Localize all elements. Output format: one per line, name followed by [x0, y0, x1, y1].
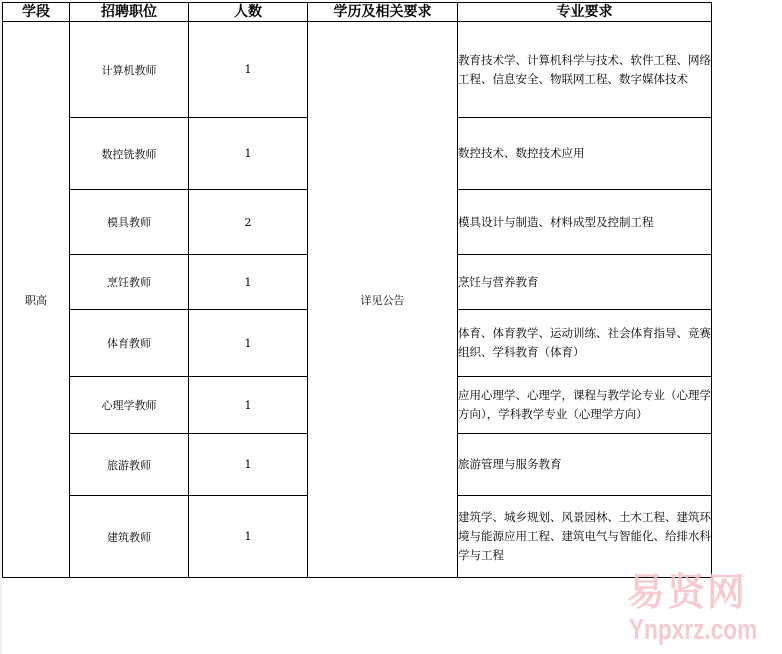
major-cell: 旅游管理与服务教育: [458, 434, 712, 496]
position-cell: 模具教师: [70, 190, 189, 255]
education-cell: 详见公告: [308, 22, 458, 578]
count-cell: 1: [189, 118, 308, 190]
count-cell: 1: [189, 496, 308, 578]
major-cell: 模具设计与制造、材料成型及控制工程: [458, 190, 712, 255]
major-cell: 烹饪与营养教育: [458, 255, 712, 310]
major-cell: 建筑学、城乡规划、风景园林、土木工程、建筑环境与能源应用工程、建筑电气与智能化、…: [458, 496, 712, 578]
recruitment-table: 学段 招聘职位 人数 学历及相关要求 专业要求 职高 计算机教师 1 详见公告 …: [2, 2, 712, 578]
watermark-cn-text: 易贤网: [627, 572, 747, 612]
position-cell: 建筑教师: [70, 496, 189, 578]
position-cell: 计算机教师: [70, 22, 189, 118]
header-count: 人数: [189, 3, 308, 22]
position-cell: 心理学教师: [70, 377, 189, 434]
table-row: 职高 计算机教师 1 详见公告 教育技术学、计算机科学与技术、软件工程、网络工程…: [3, 22, 712, 118]
position-cell: 烹饪教师: [70, 255, 189, 310]
count-cell: 1: [189, 434, 308, 496]
header-education: 学历及相关要求: [308, 3, 458, 22]
position-cell: 数控铣教师: [70, 118, 189, 190]
major-cell: 数控技术、数控技术应用: [458, 118, 712, 190]
count-cell: 1: [189, 377, 308, 434]
count-cell: 1: [189, 255, 308, 310]
header-major: 专业要求: [458, 3, 712, 22]
header-position: 招聘职位: [70, 3, 189, 22]
site-watermark: 易贤网 Ynpxrz.com: [625, 572, 782, 654]
header-stage: 学段: [3, 3, 70, 22]
major-cell: 体育、体育教学、运动训练、社会体育指导、竞赛组织、学科教育（体育）: [458, 310, 712, 377]
position-cell: 体育教师: [70, 310, 189, 377]
stage-cell: 职高: [3, 22, 70, 578]
major-cell: 应用心理学、心理学，课程与教学论专业（心理学方向），学科教学专业（心理学方向）: [458, 377, 712, 434]
count-cell: 2: [189, 190, 308, 255]
major-cell: 教育技术学、计算机科学与技术、软件工程、网络工程、信息安全、物联网工程、数字媒体…: [458, 22, 712, 118]
position-cell: 旅游教师: [70, 434, 189, 496]
watermark-en-text: Ynpxrz.com: [629, 614, 757, 646]
table-header-row: 学段 招聘职位 人数 学历及相关要求 专业要求: [3, 3, 712, 22]
count-cell: 1: [189, 22, 308, 118]
count-cell: 1: [189, 310, 308, 377]
